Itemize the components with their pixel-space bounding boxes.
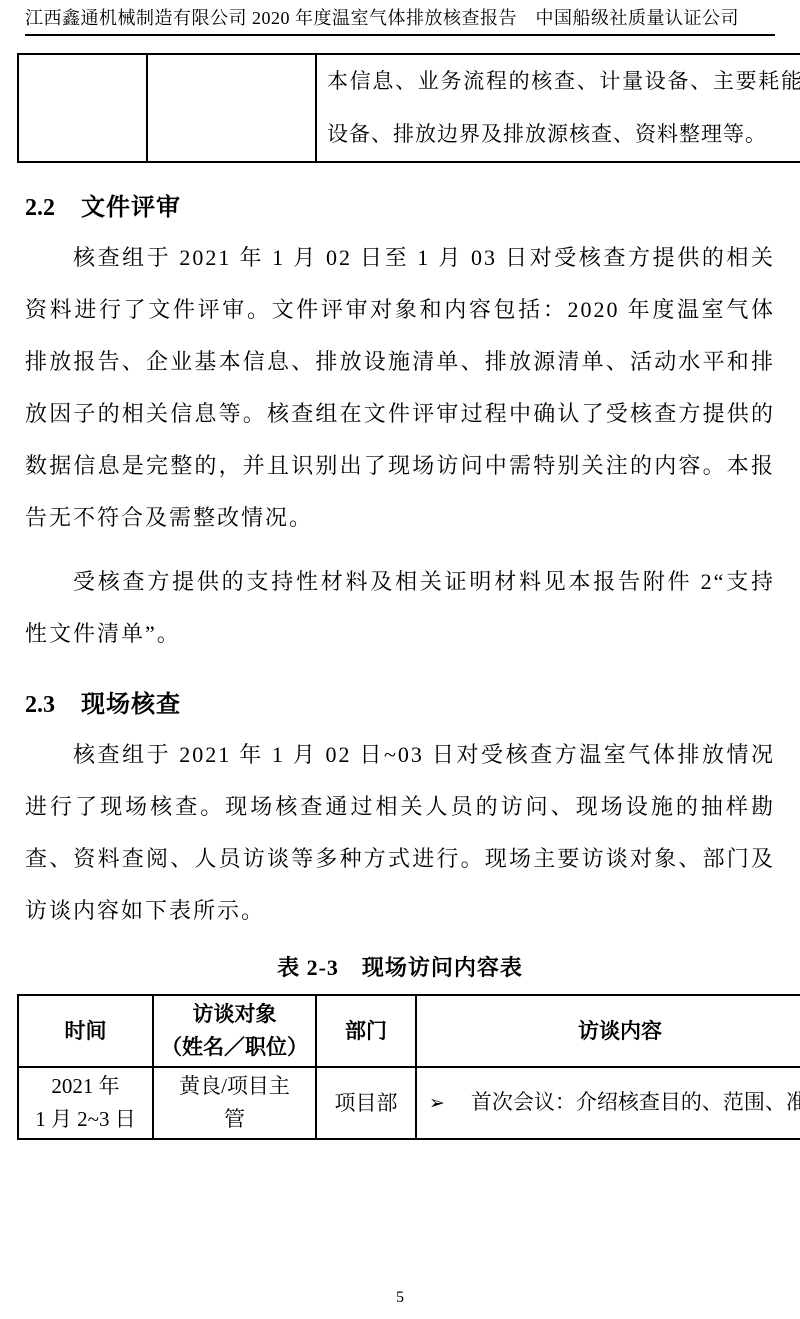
cell-department: 项目部	[316, 1067, 416, 1139]
table-row: 2021 年 1 月 2~3 日 黄良/项目主 管 项目部 ➢首次会议：介绍核查…	[18, 1067, 800, 1139]
section-title: 文件评审	[81, 195, 181, 221]
continuation-cell-text: 本信息、业务流程的核查、计量设备、主要耗能设备、排放边界及排放源核查、资料整理等…	[316, 54, 800, 162]
cell-time: 2021 年 1 月 2~3 日	[18, 1067, 153, 1139]
table-header-row: 时间 访谈对象 （姓名／职位） 部门 访谈内容	[18, 995, 800, 1067]
header-title: 江西鑫通机械制造有限公司 2020 年度温室气体排放核查报告 中国船级社质量认证…	[25, 8, 739, 28]
paragraph-document-review-2: 受核查方提供的支持性材料及相关证明材料见本报告附件 2“支持性文件清单”。	[25, 556, 775, 660]
header-cell-content: 访谈内容	[416, 995, 800, 1067]
visit-content-table: 时间 访谈对象 （姓名／职位） 部门 访谈内容 2021 年 1 月 2~3 日…	[17, 994, 800, 1140]
header-cell-time: 时间	[18, 995, 153, 1067]
cell-interviewee: 黄良/项目主 管	[153, 1067, 316, 1139]
section-number: 2.2	[25, 195, 55, 221]
document-page: 江西鑫通机械制造有限公司 2020 年度温室气体排放核查报告 中国船级社质量认证…	[0, 0, 800, 1319]
continuation-table: 本信息、业务流程的核查、计量设备、主要耗能设备、排放边界及排放源核查、资料整理等…	[17, 53, 800, 163]
page-number: 5	[396, 1289, 404, 1306]
header-cell-interviewee: 访谈对象 （姓名／职位）	[153, 995, 316, 1067]
arrow-bullet-icon: ➢	[429, 1092, 445, 1114]
section-heading-2-2: 2.2文件评审	[25, 192, 775, 224]
page-footer: 5	[0, 1289, 800, 1307]
paragraph-onsite-verification: 核查组于 2021 年 1 月 02 日~03 日对受核查方温室气体排放情况进行…	[25, 729, 775, 937]
cell-content: ➢首次会议：介绍核查目的、范围、准	[416, 1067, 800, 1139]
interview-content-text: 首次会议：介绍核查目的、范围、准	[471, 1090, 800, 1114]
section-heading-2-3: 2.3现场核查	[25, 689, 775, 721]
page-header: 江西鑫通机械制造有限公司 2020 年度温室气体排放核查报告 中国船级社质量认证…	[25, 0, 775, 36]
table-row: 本信息、业务流程的核查、计量设备、主要耗能设备、排放边界及排放源核查、资料整理等…	[18, 54, 800, 162]
paragraph-document-review-1: 核查组于 2021 年 1 月 02 日至 1 月 03 日对受核查方提供的相关…	[25, 232, 775, 544]
continuation-cell-empty-2	[147, 54, 316, 162]
header-cell-department: 部门	[316, 995, 416, 1067]
continuation-cell-empty-1	[18, 54, 147, 162]
section-title: 现场核查	[81, 692, 181, 718]
section-number: 2.3	[25, 692, 55, 718]
table-caption: 表 2-3 现场访问内容表	[25, 953, 775, 983]
